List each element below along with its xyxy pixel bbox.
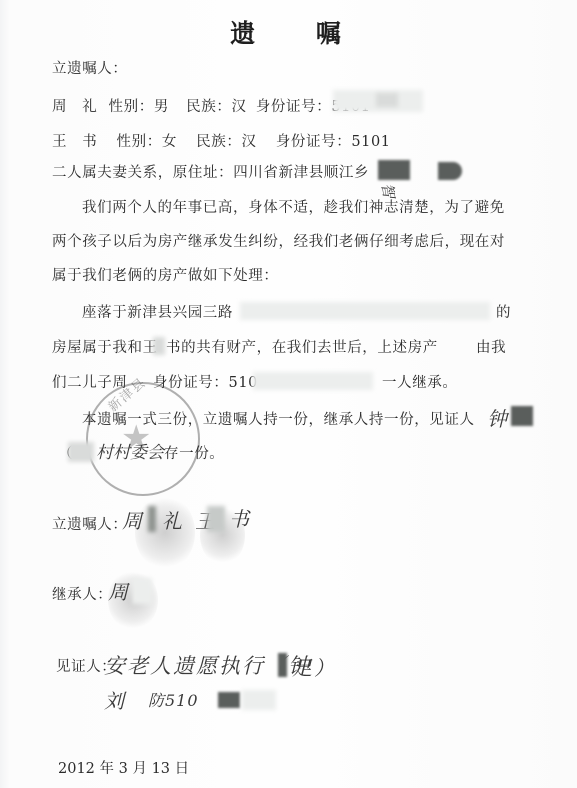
redaction-blur — [207, 506, 225, 532]
gender-label: 性别： — [117, 134, 162, 150]
paragraph-2-line-2-start: 房屋属于我和王 — [52, 336, 158, 357]
redaction-blur — [511, 406, 533, 426]
witness-signature-line-1-end: 足） — [292, 652, 336, 681]
heir-signature-label: 继承人： — [52, 583, 112, 604]
paragraph-3-line-2-end: 存一份。 — [164, 442, 224, 463]
document-date: 2012 年 3 月 13 日 — [58, 757, 189, 778]
ethnicity-value: 汉 — [241, 134, 256, 150]
redaction-blur — [148, 506, 156, 532]
gender-value: 女 — [162, 134, 177, 150]
redaction-blur — [242, 690, 276, 710]
redaction-blur — [378, 160, 410, 180]
testator-1-line: 周 礼 性别：男 民族：汉 身份证号：5101 — [52, 95, 371, 116]
paragraph-2-line-3-end: 一人继承。 — [382, 371, 458, 392]
redaction-blur — [240, 302, 490, 320]
testator-signature-label: 立遗嘱人： — [52, 513, 128, 534]
testator-2-name: 王 书 — [52, 134, 97, 150]
redaction-blur — [132, 578, 152, 604]
id-label: 身份证号： — [256, 99, 332, 115]
paragraph-1-line-1: 我们两个人的年事已高，身体不适，趁我们神志清楚，为了避免 — [82, 196, 505, 217]
paragraph-2-line-1: 座落于新津县兴园三路 — [82, 301, 233, 322]
paragraph-2-line-2-mid: 书的共有财产，在我们去世后，上述房产 — [166, 336, 438, 357]
ethnicity-value: 汉 — [231, 99, 246, 115]
witness-handwritten-name: 钟 — [487, 403, 507, 432]
redaction-blur — [68, 442, 94, 462]
paragraph-3-line-1: 本遗嘱一式三份，立遗嘱人持一份，继承人持一份，见证人 — [82, 408, 475, 429]
id-label: 身份证号： — [276, 134, 352, 150]
id-visible: 5101 — [351, 134, 390, 150]
document-title: 遗 嘱 — [0, 14, 577, 50]
witness-signature-line-2-id: 防510 — [148, 688, 199, 711]
testator-2-line: 王 书 性别：女 民族：汉 身份证号：5101 — [52, 130, 391, 151]
ethnicity-label: 民族： — [196, 134, 241, 150]
redaction-blur — [153, 337, 165, 355]
redaction-blur — [253, 372, 373, 390]
paragraph-1-line-2: 两个孩子以后为房产继承发生纠纷，经我们老俩仔细考虑后，现在对 — [52, 230, 505, 251]
redaction-blur — [278, 653, 287, 677]
ethnicity-label: 民族： — [186, 99, 231, 115]
testator-1-name: 周 礼 — [52, 99, 97, 115]
paragraph-2-line-1-end: 的 — [496, 301, 511, 322]
witness-signature-line-2: 刘 — [104, 685, 126, 714]
redaction-blur — [218, 692, 240, 708]
paragraph-2-line-2-end: 由我 — [476, 336, 506, 357]
paragraph-1-line-3: 属于我们老俩的房产做如下处理： — [52, 264, 279, 285]
gender-label: 性别： — [109, 99, 154, 115]
testator-signature-4: 书 — [229, 503, 251, 532]
relation-address-line: 二人属夫妻关系，原住址：四川省新津县顺江乡 — [52, 161, 369, 182]
testator-signature-2: 礼 — [162, 505, 184, 534]
testator-signature-1: 周 — [122, 505, 144, 534]
document-page: 遗 嘱 立遗嘱人： 周 礼 性别：男 民族：汉 身份证号：5101 王 书 性别… — [0, 0, 577, 788]
village-committee-handwritten: 村村委会 — [96, 438, 164, 463]
heir-signature: 周 — [108, 576, 130, 605]
gender-value: 男 — [154, 99, 169, 115]
testators-heading: 立遗嘱人： — [52, 57, 128, 78]
redaction-blur — [376, 93, 398, 107]
redaction-blur — [438, 162, 462, 180]
